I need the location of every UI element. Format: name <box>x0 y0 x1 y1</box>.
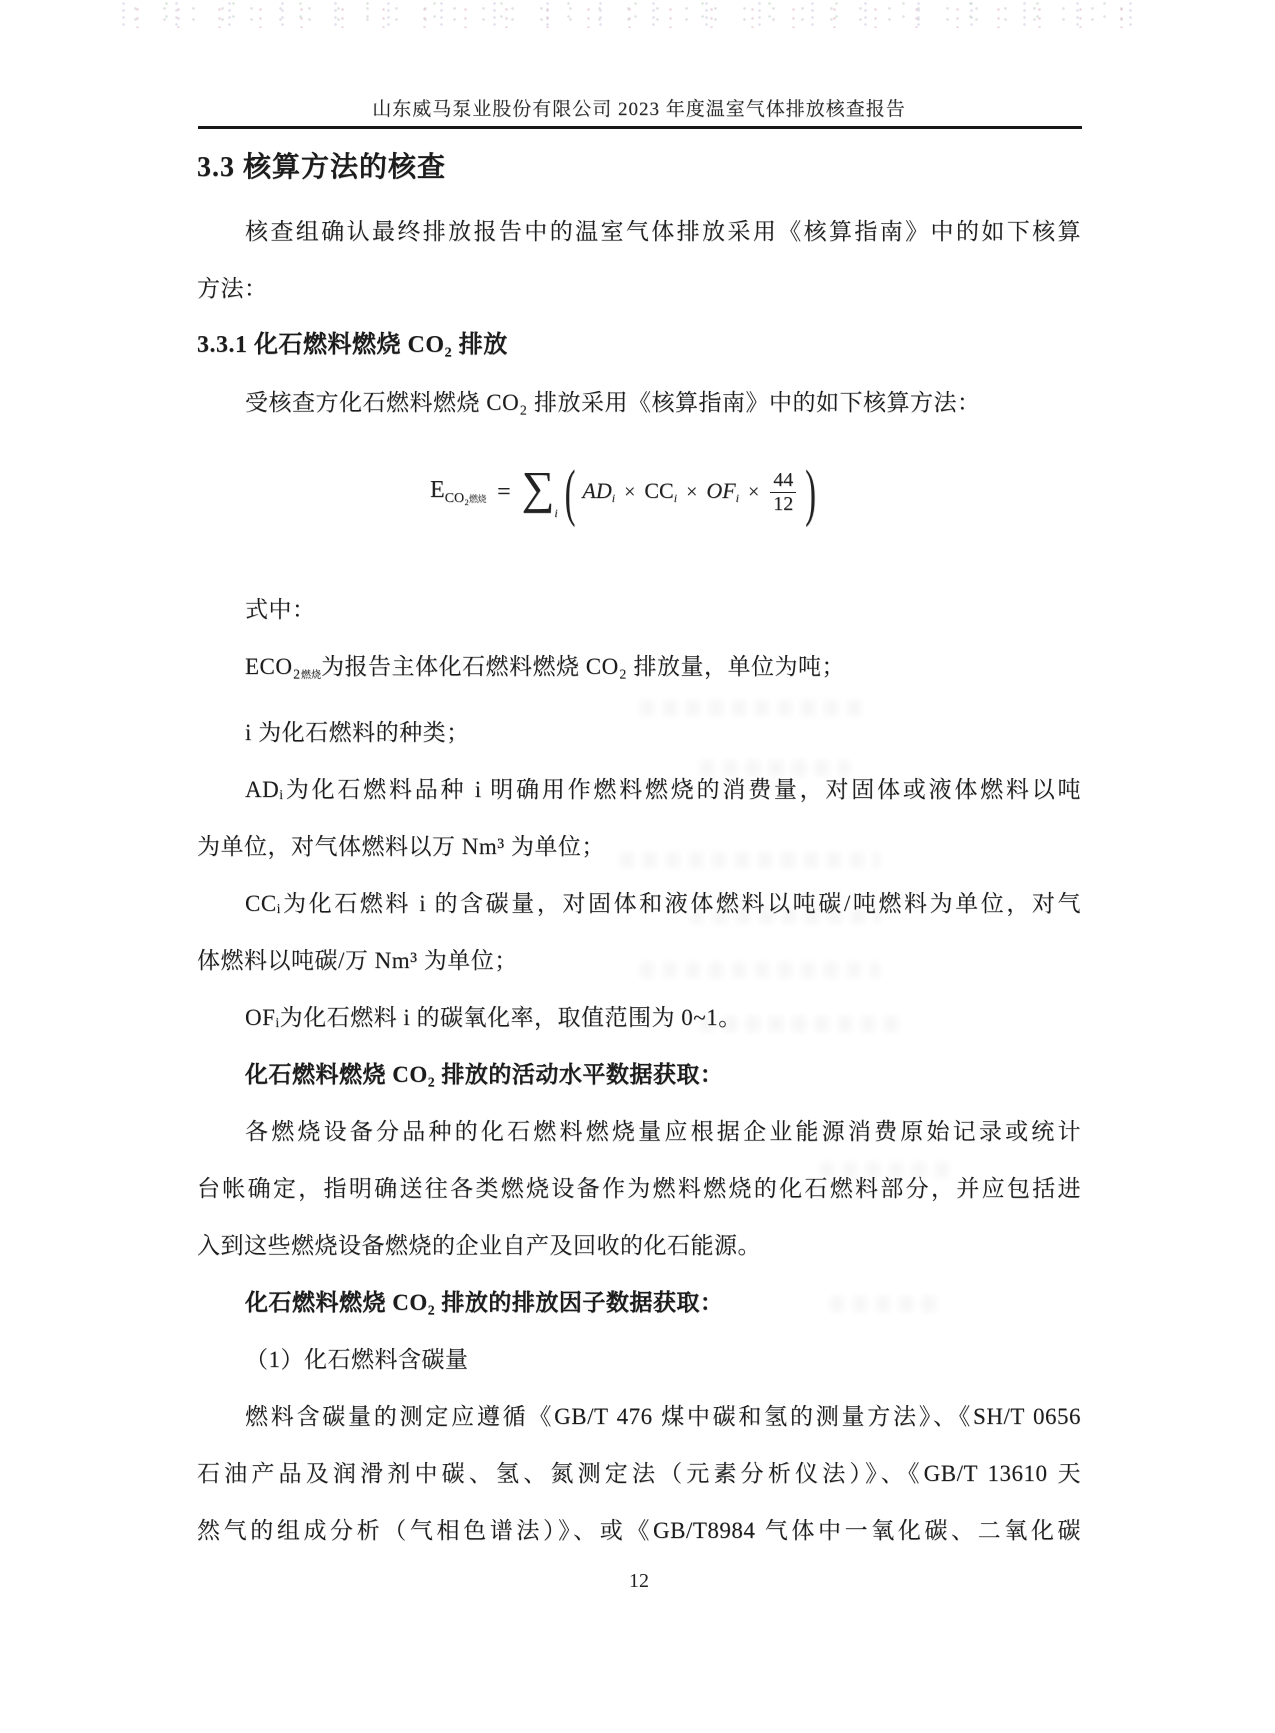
header-rule <box>198 126 1082 129</box>
section-heading: 3.3 核算方法的核查 <box>197 148 1081 188</box>
def-eco2: ECO₂燃烧为报告主体化石燃料燃烧 CO₂ 排放量，单位为吨； <box>197 638 1081 704</box>
carbon-content-para-line3: 然气的组成分析（气相色谱法）》、或《GB/T8984 气体中一氧化碳、二氧化碳 <box>197 1502 1081 1559</box>
subsection-heading: 3.3.1 化石燃料燃烧 CO₂ 排放 <box>197 317 1081 374</box>
times-sign: × <box>682 481 701 504</box>
def-cc-line1: CCᵢ为化石燃料 i 的含碳量，对固体和液体燃料以吨碳/吨燃料为单位，对气 <box>197 875 1081 932</box>
fraction-44-12: 4412 <box>770 469 796 516</box>
page-number: 12 <box>197 1570 1081 1593</box>
term-of: OFi <box>706 478 739 506</box>
def-ad-line2: 为单位，对气体燃料以万 Nm³ 为单位； <box>197 818 1081 875</box>
activity-data-heading: 化石燃料燃烧 CO₂ 排放的活动水平数据获取： <box>197 1046 1081 1103</box>
term-cc: CCi <box>644 478 677 506</box>
page-header-title: 山东威马泵业股份有限公司 2023 年度温室气体排放核查报告 <box>197 94 1081 121</box>
def-i: i 为化石燃料的种类； <box>197 704 1081 761</box>
scan-noise-artifact <box>110 2 1140 28</box>
document-body: 3.3 核算方法的核查 核查组确认最终排放报告中的温室气体排放采用《核算指南》中… <box>197 148 1081 1559</box>
summation-symbol: ∑i <box>522 465 558 519</box>
times-sign: × <box>620 481 639 504</box>
equals-sign: = <box>491 479 517 506</box>
carbon-content-para-line1: 燃料含碳量的测定应遵循《GB/T 476 煤中碳和氢的测量方法》、《SH/T 0… <box>197 1388 1081 1445</box>
def-ad-line1: ADᵢ为化石燃料品种 i 明确用作燃料燃烧的消费量，对固体或液体燃料以吨 <box>197 761 1081 818</box>
item-1-carbon-content: （1）化石燃料含碳量 <box>197 1331 1081 1388</box>
def-cc-line2: 体燃料以吨碳/万 Nm³ 为单位； <box>197 932 1081 989</box>
activity-para-line2: 台帐确定，指明确送往各类燃烧设备作为燃料燃烧的化石燃料部分，并应包括进 <box>197 1160 1081 1217</box>
activity-para-line3: 入到这些燃烧设备燃烧的企业自产及回收的化石能源。 <box>197 1217 1081 1274</box>
close-parenthesis: ) <box>803 455 818 529</box>
intro-line-1: 核查组确认最终排放报告中的温室气体排放采用《核算指南》中的如下核算 <box>197 203 1081 260</box>
document-page: 山东威马泵业股份有限公司 2023 年度温室气体排放核查报告 3.3 核算方法的… <box>0 0 1275 1733</box>
def-of: OFᵢ为化石燃料 i 的碳氧化率，取值范围为 0~1。 <box>197 989 1081 1046</box>
times-sign: × <box>744 481 763 504</box>
formula-co2-combustion: ECO₂燃烧 = ∑i ( ADi × CCi × OFi × 4412 ) <box>430 465 818 519</box>
formula-block: ECO₂燃烧 = ∑i ( ADi × CCi × OFi × 4412 ) <box>197 431 1081 581</box>
term-ad: ADi <box>582 478 615 506</box>
intro-line-2: 方法： <box>197 260 1081 317</box>
activity-para-line1: 各燃烧设备分品种的化石燃料燃烧量应根据企业能源消费原始记录或统计 <box>197 1103 1081 1160</box>
carbon-content-para-line2: 石油产品及润滑剂中碳、氢、氮测定法（元素分析仪法）》、《GB/T 13610 天 <box>197 1445 1081 1502</box>
formula-lhs: ECO₂燃烧 <box>430 477 486 508</box>
method-source-line: 受核查方化石燃料燃烧 CO₂ 排放采用《核算指南》中的如下核算方法： <box>197 374 1081 431</box>
where-label: 式中： <box>197 581 1081 638</box>
emission-factor-heading: 化石燃料燃烧 CO₂ 排放的排放因子数据获取： <box>197 1274 1081 1331</box>
open-parenthesis: ( <box>563 455 578 529</box>
